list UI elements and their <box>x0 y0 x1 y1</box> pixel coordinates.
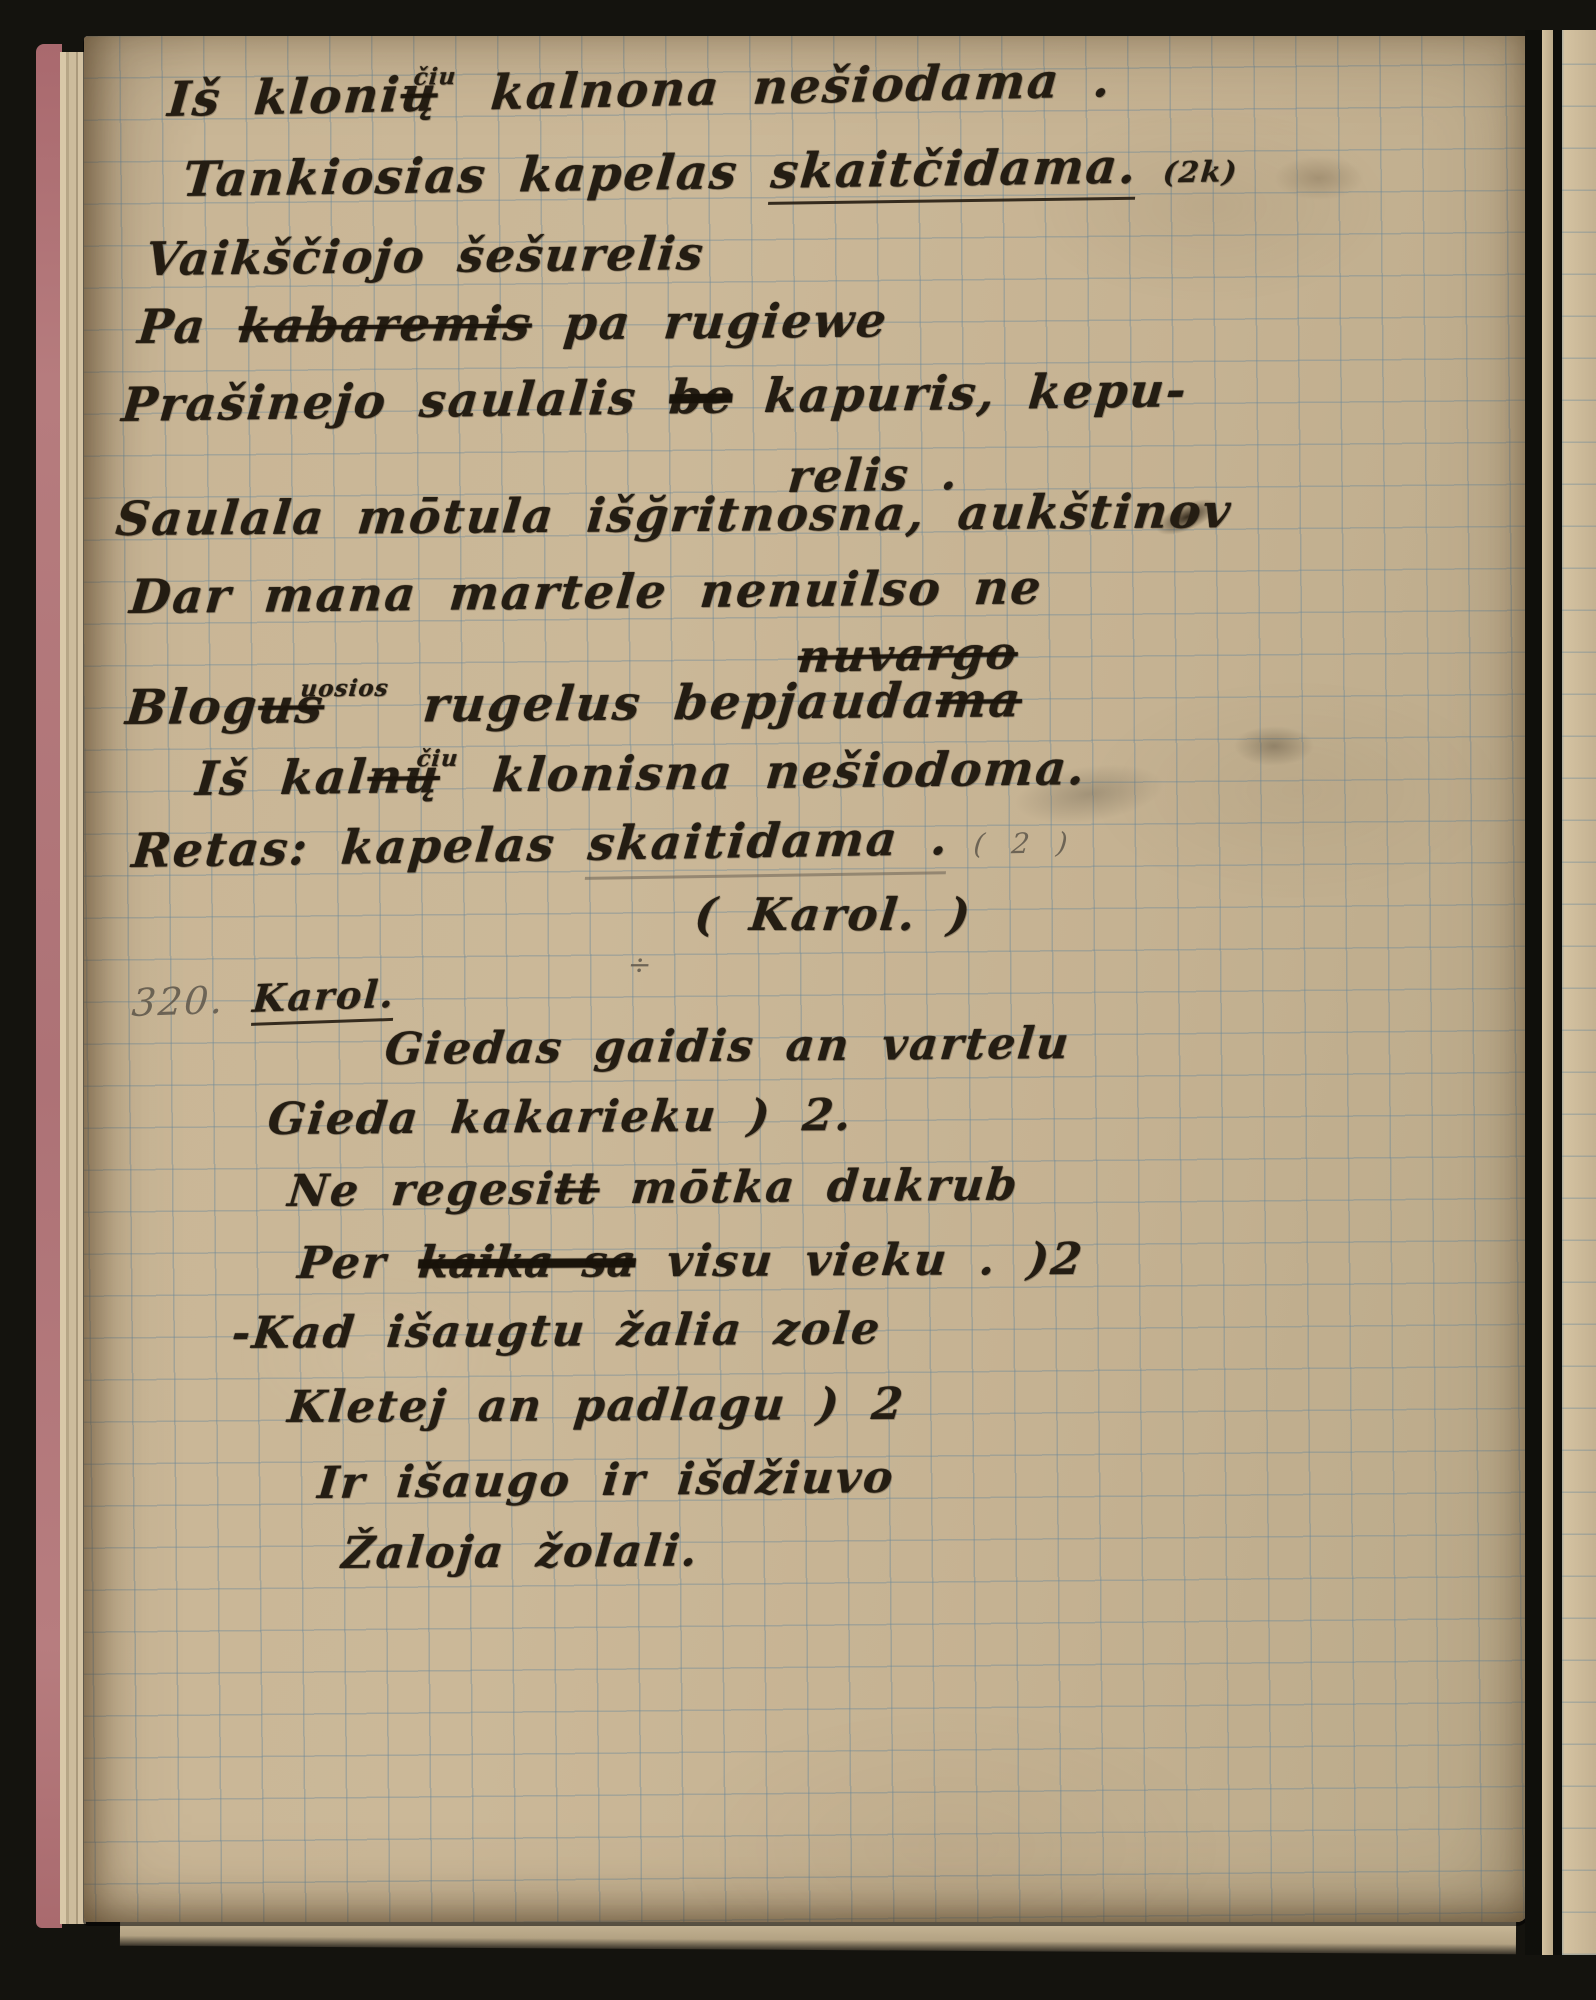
handwritten-text: Žaloja žolali. <box>339 1525 701 1579</box>
verse-line: Ir išaugo ir išdžiuvo <box>316 1452 897 1509</box>
handwritten-text: Ne regesi <box>286 1164 558 1217</box>
handwritten-text: kabaremis <box>236 297 534 355</box>
poem-line: Dar mana martele nenuilso ne <box>127 560 1045 625</box>
book-binding-edge <box>36 44 62 1928</box>
handwritten-text: -Kad išaugtu žalia zole <box>229 1303 883 1359</box>
handwritten-text: Kletej an padlagu ) 2 <box>285 1379 907 1433</box>
handwritten-text: Giedas gaidis an vartelu <box>383 1018 1073 1075</box>
adjacent-page-gap <box>1553 30 1562 1955</box>
handwritten-text: skaitčidama. <box>768 139 1140 205</box>
handwritten-text: ma <box>933 672 1024 729</box>
verse-line: Ne regesitt mōtka dukrub <box>286 1160 1022 1217</box>
handwritten-text: Gieda kakarieku ) 2. <box>265 1090 855 1145</box>
handwritten-text: čiu <box>416 746 460 773</box>
adjacent-page-grid-edge <box>1562 30 1596 1955</box>
poem-line: Vaikščiojo šešurelis <box>143 226 707 286</box>
poem-line: Iš kalnųčiu klonisna nešiodoma. <box>193 741 1088 807</box>
handwritten-text: ( Karol. ) <box>692 888 974 941</box>
handwritten-text: čiu <box>413 62 458 90</box>
verse-line: Gieda kakarieku ) 2. <box>265 1090 855 1145</box>
handwritten-text: 320. <box>130 977 254 1025</box>
poem-line: Tankiosias kapelas skaitčidama. (2k) <box>180 137 1241 208</box>
handwritten-text: Prašinejo saulalis <box>119 370 672 433</box>
manuscript-text-layer: Iš kloniųčiu kalnona nešiodama .Tankiosi… <box>84 36 1527 1922</box>
handwritten-text: kaika sa <box>416 1236 638 1288</box>
scan-background: Iš kloniųčiu kalnona nešiodama .Tankiosi… <box>0 0 1596 2000</box>
section-heading: 320. Karol. <box>130 971 396 1025</box>
handwritten-text: Retas: kapelas <box>130 817 591 879</box>
handwritten-text: Vaikščiojo šešurelis <box>143 226 707 286</box>
pencil-mark: ÷ <box>626 948 655 981</box>
handwritten-text: ÷ <box>626 948 655 981</box>
handwritten-text: rugelus bepjauda <box>388 673 939 734</box>
handwritten-text: Saulala mōtula išğritnosna, aukštinov <box>113 484 1234 547</box>
notebook-page: Iš kloniųčiu kalnona nešiodama .Tankiosi… <box>84 36 1527 1922</box>
poem-line: Prašinejo saulalis be kapuris, kepu- <box>119 363 1190 433</box>
handwritten-text: be <box>667 369 735 425</box>
adjacent-page-edge <box>1542 30 1553 1955</box>
handwritten-text: Per <box>295 1237 420 1289</box>
poem-line: Retas: kapelas skaitidama . ( 2 ) <box>130 809 1073 879</box>
handwritten-text: skaitidama . <box>585 811 952 880</box>
handwritten-text: kalnona nešiodama . <box>456 52 1114 122</box>
poem-line: ( Karol. ) <box>692 888 974 941</box>
handwritten-text: ( 2 ) <box>947 826 1071 861</box>
handwritten-text: Dar mana martele nenuilso ne <box>127 560 1045 625</box>
handwritten-text: pa rugiewe <box>529 293 890 351</box>
handwritten-text: mōtka dukrub <box>597 1160 1021 1215</box>
verse-line: Per kaika sa visu vieku . )2 <box>295 1234 1086 1289</box>
handwritten-text: Iš kal <box>193 750 370 807</box>
adjacent-page-gap <box>1525 30 1542 1955</box>
verse-line: Giedas gaidis an vartelu <box>383 1018 1073 1075</box>
verse-line: -Kad išaugtu žalia zole <box>229 1303 883 1359</box>
handwritten-text: Iš kloni <box>166 67 403 128</box>
poem-line: Blogusuosios rugelus bepjaudama <box>123 672 1024 736</box>
handwritten-text: Karol. <box>251 971 397 1026</box>
handwritten-text: uosios <box>299 674 390 702</box>
handwritten-text: klonisna nešiodoma. <box>458 741 1089 804</box>
handwritten-text: tt <box>552 1163 602 1214</box>
verse-line: Kletej an padlagu ) 2 <box>285 1379 907 1433</box>
poem-line: Iš kloniųčiu kalnona nešiodama . <box>166 52 1115 128</box>
handwritten-text: Ir išaugo ir išdžiuvo <box>316 1452 897 1509</box>
verse-line: Žaloja žolali. <box>339 1525 701 1579</box>
handwritten-text: (2k) <box>1136 154 1240 189</box>
page-stack-edges <box>60 52 86 1924</box>
handwritten-text: Pa <box>135 299 241 355</box>
handwritten-text: visu vieku . )2 <box>633 1234 1086 1287</box>
handwritten-text: kapuris, kepu- <box>730 363 1190 424</box>
poem-line: Pa kabaremis pa rugiewe <box>135 293 890 355</box>
handwritten-text: Blog <box>123 679 261 736</box>
handwritten-text: Tankiosias kapelas <box>180 144 773 208</box>
poem-line: Saulala mōtula išğritnosna, aukštinov <box>113 484 1234 547</box>
